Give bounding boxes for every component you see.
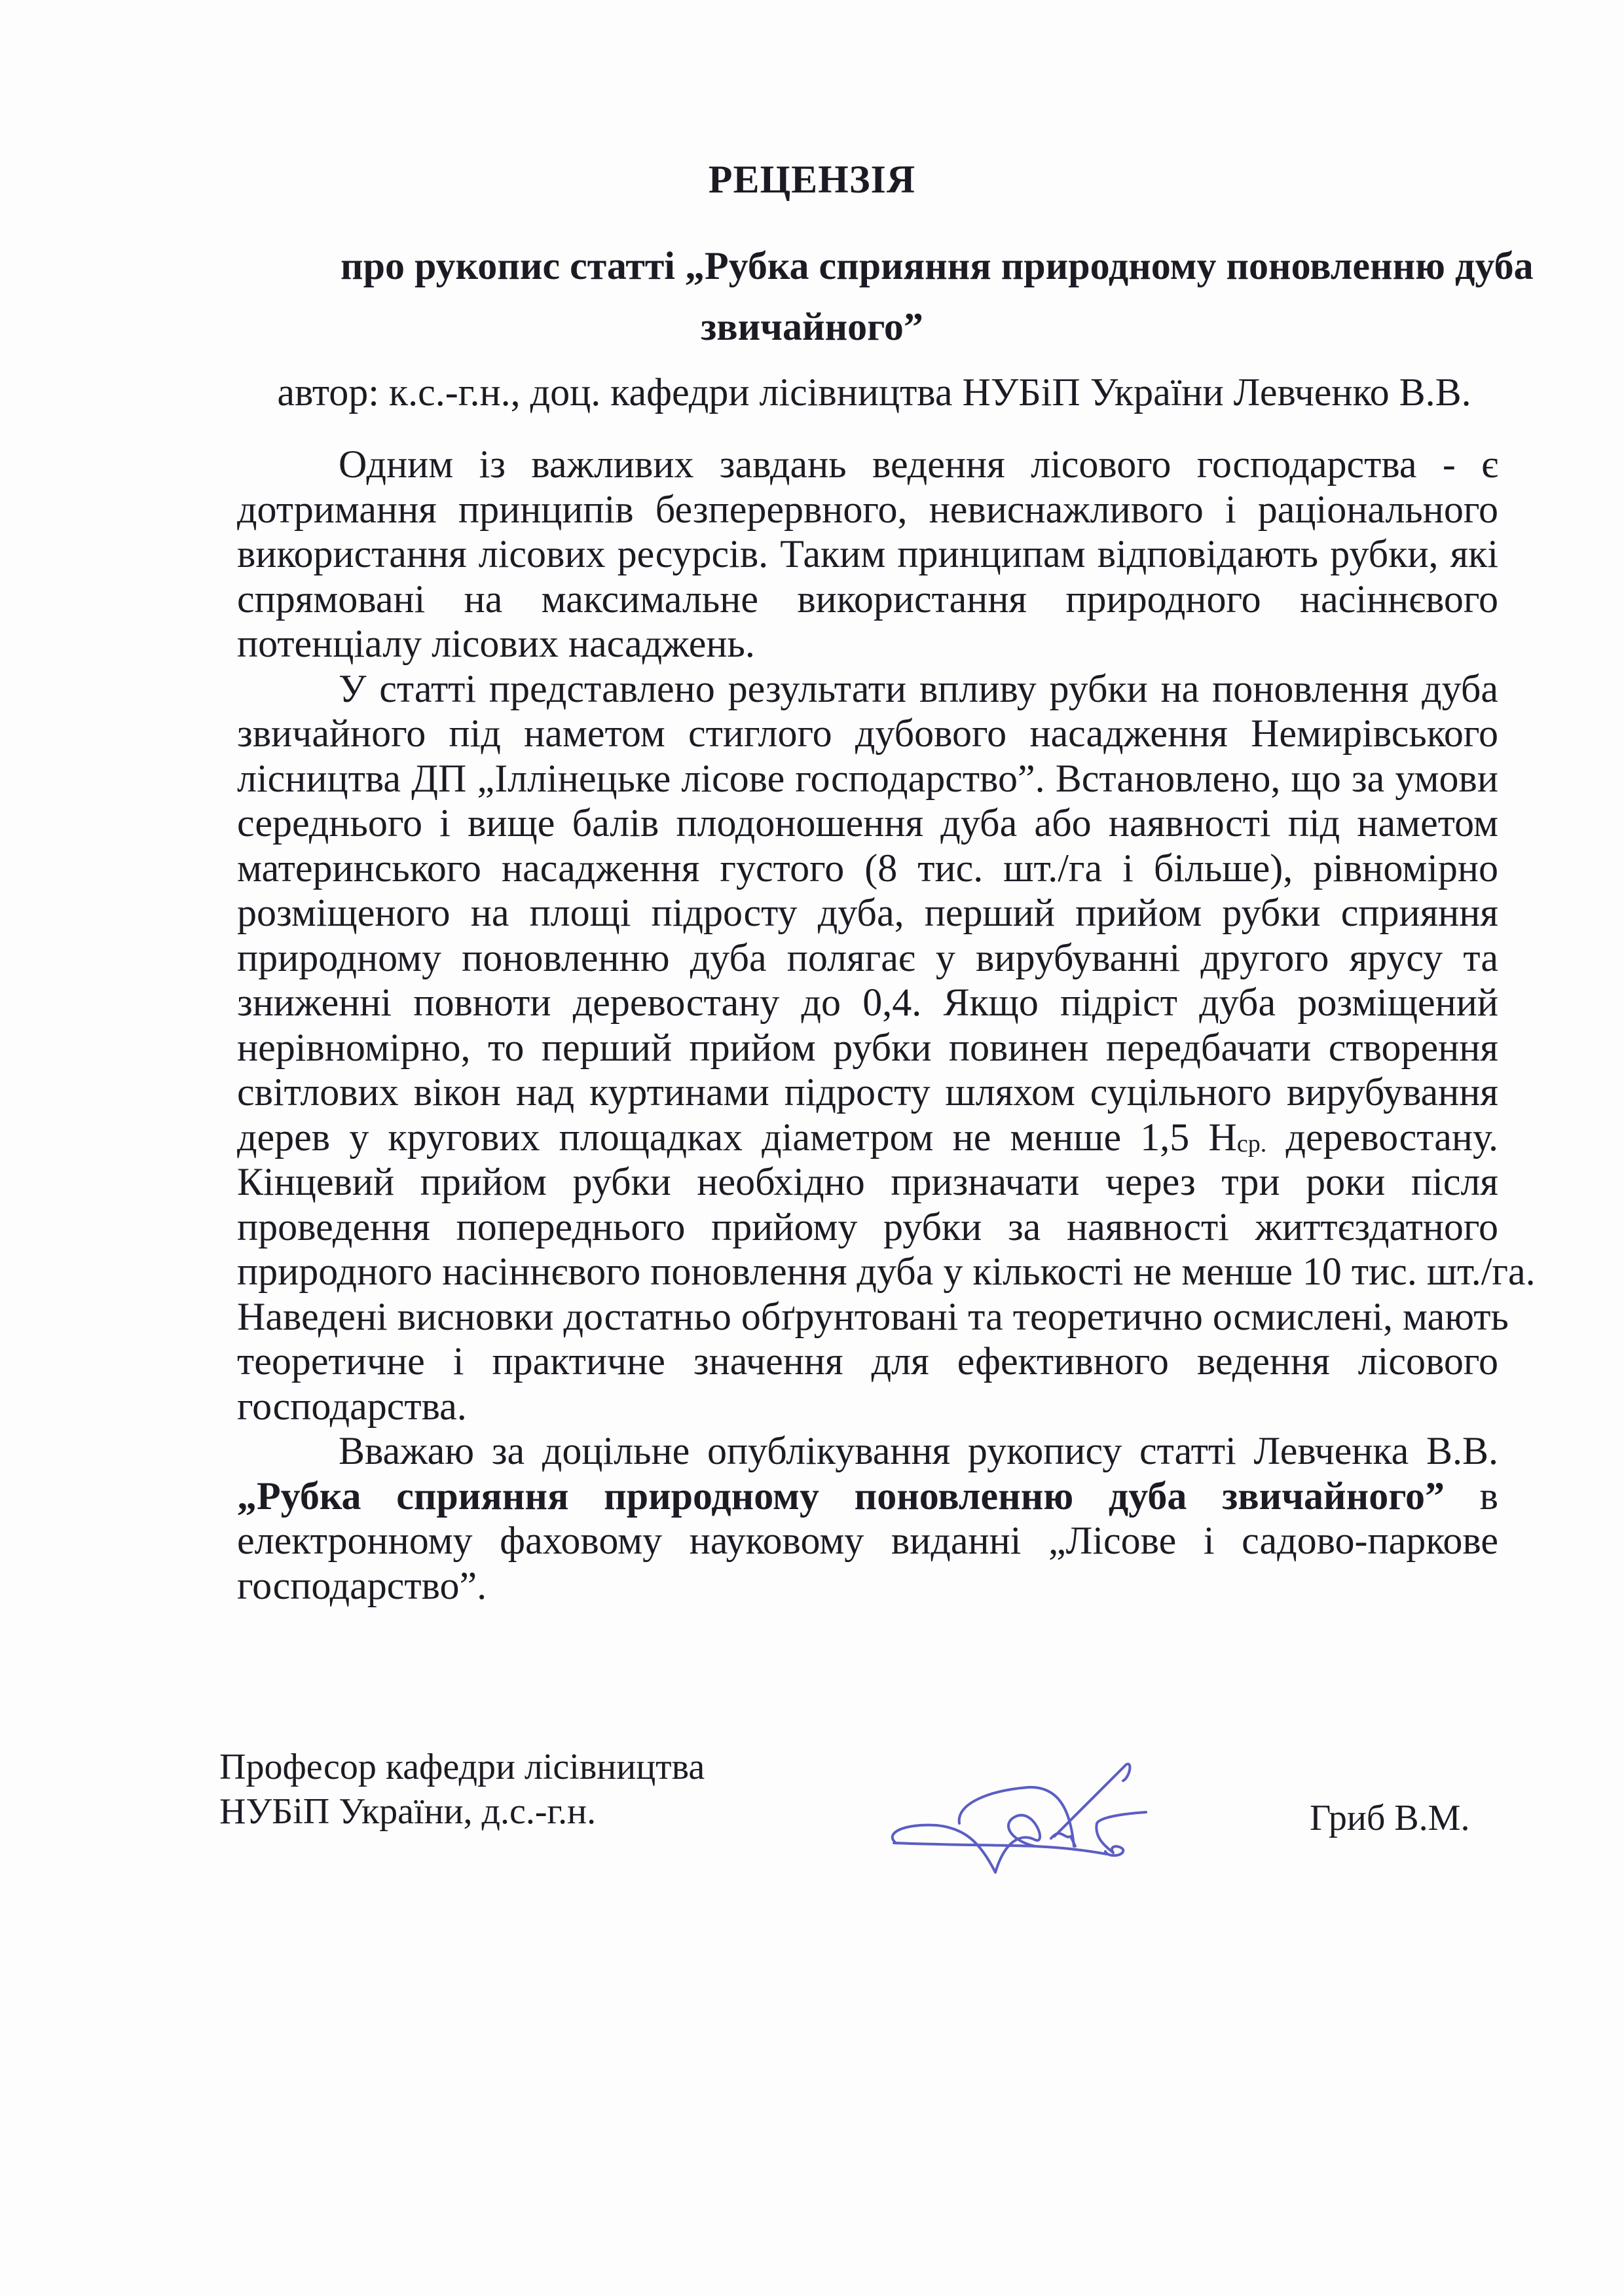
document-subtitle-line2: звичайного”: [0, 304, 1624, 350]
article-title-bold: „Рубка сприяння природному поновленню ду…: [237, 1474, 1445, 1518]
paragraph-line: зниженні повноти деревостану до 0,4. Якщ…: [237, 980, 1498, 1025]
paragraph-line: Кінцевий прийом рубки необхідно признача…: [237, 1159, 1498, 1205]
paragraph-line: розміщеного на площі підросту дуба, перш…: [237, 890, 1498, 936]
author-line: автор: к.с.-г.н., доц. кафедри лісівницт…: [236, 370, 1513, 415]
height-symbol: H: [1209, 1116, 1237, 1159]
review-body: Одним із важливих завдань ведення лісово…: [237, 442, 1498, 1608]
paragraph-line: потенціалу лісових насаджень.: [237, 621, 1498, 666]
handwritten-signature-icon: [864, 1741, 1159, 1886]
document-subtitle-line1: про рукопис статті „Рубка сприяння приро…: [341, 244, 1513, 289]
paragraph-line: Наведені висновки достатньо обґрунтовані…: [237, 1294, 1498, 1339]
line-text: дерев у кругових площадках діаметром не …: [237, 1116, 1189, 1159]
document-title: РЕЦЕНЗІЯ: [0, 157, 1624, 202]
paragraph-line: нерівномірно, то перший прийом рубки пов…: [237, 1025, 1498, 1070]
paragraph-line: Одним із важливих завдань ведення лісово…: [237, 442, 1498, 487]
paragraph-line: використання лісових ресурсів. Таким при…: [237, 532, 1498, 577]
paragraph-line: Вважаю за доцільне опублікування рукопис…: [237, 1429, 1498, 1474]
paragraph-line: природного насіннєвого поновлення дуба у…: [237, 1249, 1498, 1294]
paragraph-line: господарство”.: [237, 1563, 1498, 1609]
line-text-after: в: [1480, 1474, 1498, 1518]
paragraph-line-with-formula: дерев у кругових площадках діаметром не …: [237, 1115, 1498, 1160]
paragraph-line: електронному фаховому науковому виданні …: [237, 1518, 1498, 1563]
reviewer-name: Гриб В.М.: [1310, 1797, 1469, 1839]
review-document-page: РЕЦЕНЗІЯ про рукопис статті „Рубка сприя…: [0, 0, 1624, 2296]
paragraph-line: звичайного під наметом стиглого дубового…: [237, 711, 1498, 756]
paragraph-line-with-title: „Рубка сприяння природному поновленню ду…: [237, 1474, 1498, 1519]
reviewer-position-line1: Професор кафедри лісівництва: [219, 1745, 705, 1789]
reviewer-position: Професор кафедри лісівництва НУБіП Украї…: [219, 1745, 705, 1834]
paragraph-line: У статті представлено результати впливу …: [237, 666, 1498, 712]
paragraph-line: світлових вікон над куртинами підросту ш…: [237, 1070, 1498, 1115]
paragraph-line: спрямовані на максимальне використання п…: [237, 577, 1498, 622]
paragraph-line: теоретичне і практичне значення для ефек…: [237, 1339, 1498, 1384]
paragraph-line: природному поновленню дуба полягає у вир…: [237, 936, 1498, 981]
paragraph-line: середнього і вище балів плодоношення дуб…: [237, 801, 1498, 846]
line-text-after: деревостану.: [1285, 1116, 1498, 1159]
height-subscript: ср.: [1237, 1130, 1266, 1157]
paragraph-line: материнського насадження густого (8 тис.…: [237, 846, 1498, 891]
paragraph-line: дотримання принципів безперервного, неви…: [237, 487, 1498, 532]
paragraph-line: лісництва ДП „Іллінецьке лісове господар…: [237, 756, 1498, 801]
reviewer-position-line2: НУБіП України, д.с.-г.н.: [219, 1789, 705, 1834]
paragraph-line: господарства.: [237, 1384, 1498, 1429]
paragraph-line: проведення попереднього прийому рубки за…: [237, 1205, 1498, 1250]
